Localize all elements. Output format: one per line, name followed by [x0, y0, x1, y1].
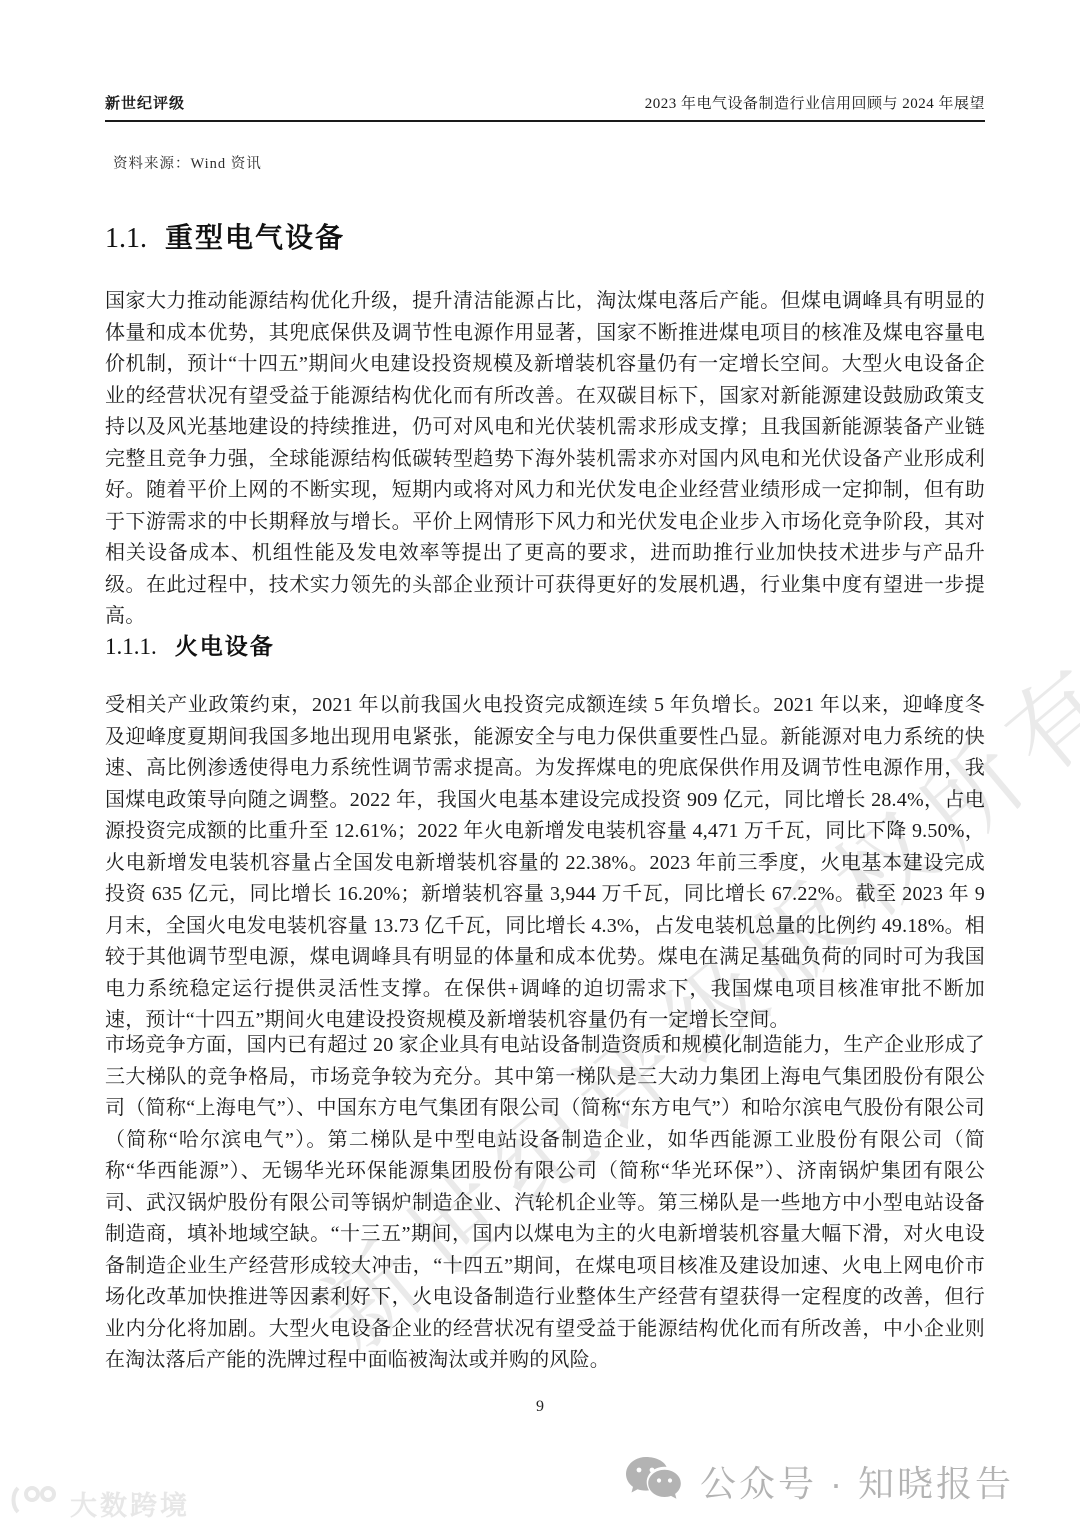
- footer-right-watermark: 公众号 · 知晓报告: [624, 1455, 1014, 1507]
- footer-left-label: 大数跨境: [70, 1484, 190, 1523]
- subsection-number: 1.1.1.: [105, 634, 157, 660]
- section-title: 重型电气设备: [165, 216, 345, 256]
- paragraph-thermal-investment: 受相关产业政策约束，2021 年以前我国火电投资完成额连续 5 年负增长。202…: [105, 690, 985, 1037]
- document-page: 新世纪评级版权所有 新世纪评级 2023 年电气设备制造行业信用回顾与 2024…: [0, 0, 1080, 1527]
- section-heading-1-1: 1.1. 重型电气设备: [105, 216, 345, 256]
- wechat-icon: [624, 1455, 686, 1507]
- footer-right-label: 公众号 · 知晓报告: [700, 1456, 1014, 1507]
- header-report-title: 2023 年电气设备制造行业信用回顾与 2024 年展望: [645, 92, 985, 113]
- source-note: 资料来源：Wind 资讯: [113, 152, 262, 173]
- paragraph-market-competition: 市场竞争方面，国内已有超过 20 家企业具有电站设备制造资质和规模化制造能力，生…: [105, 1030, 985, 1377]
- section-number: 1.1.: [105, 223, 147, 255]
- section-heading-1-1-1: 1.1.1. 火电设备: [105, 628, 275, 661]
- paragraph-heavy-electric: 国家大力推动能源结构优化升级，提升清洁能源占比，淘汰煤电落后产能。但煤电调峰具有…: [105, 286, 985, 633]
- dashu-logo-icon: [8, 1484, 64, 1523]
- header-brand: 新世纪评级: [105, 92, 185, 113]
- page-header: 新世纪评级 2023 年电气设备制造行业信用回顾与 2024 年展望: [105, 92, 985, 122]
- page-number: 9: [0, 1398, 1080, 1416]
- footer-left-watermark: 大数跨境: [8, 1484, 190, 1523]
- subsection-title: 火电设备: [175, 628, 275, 661]
